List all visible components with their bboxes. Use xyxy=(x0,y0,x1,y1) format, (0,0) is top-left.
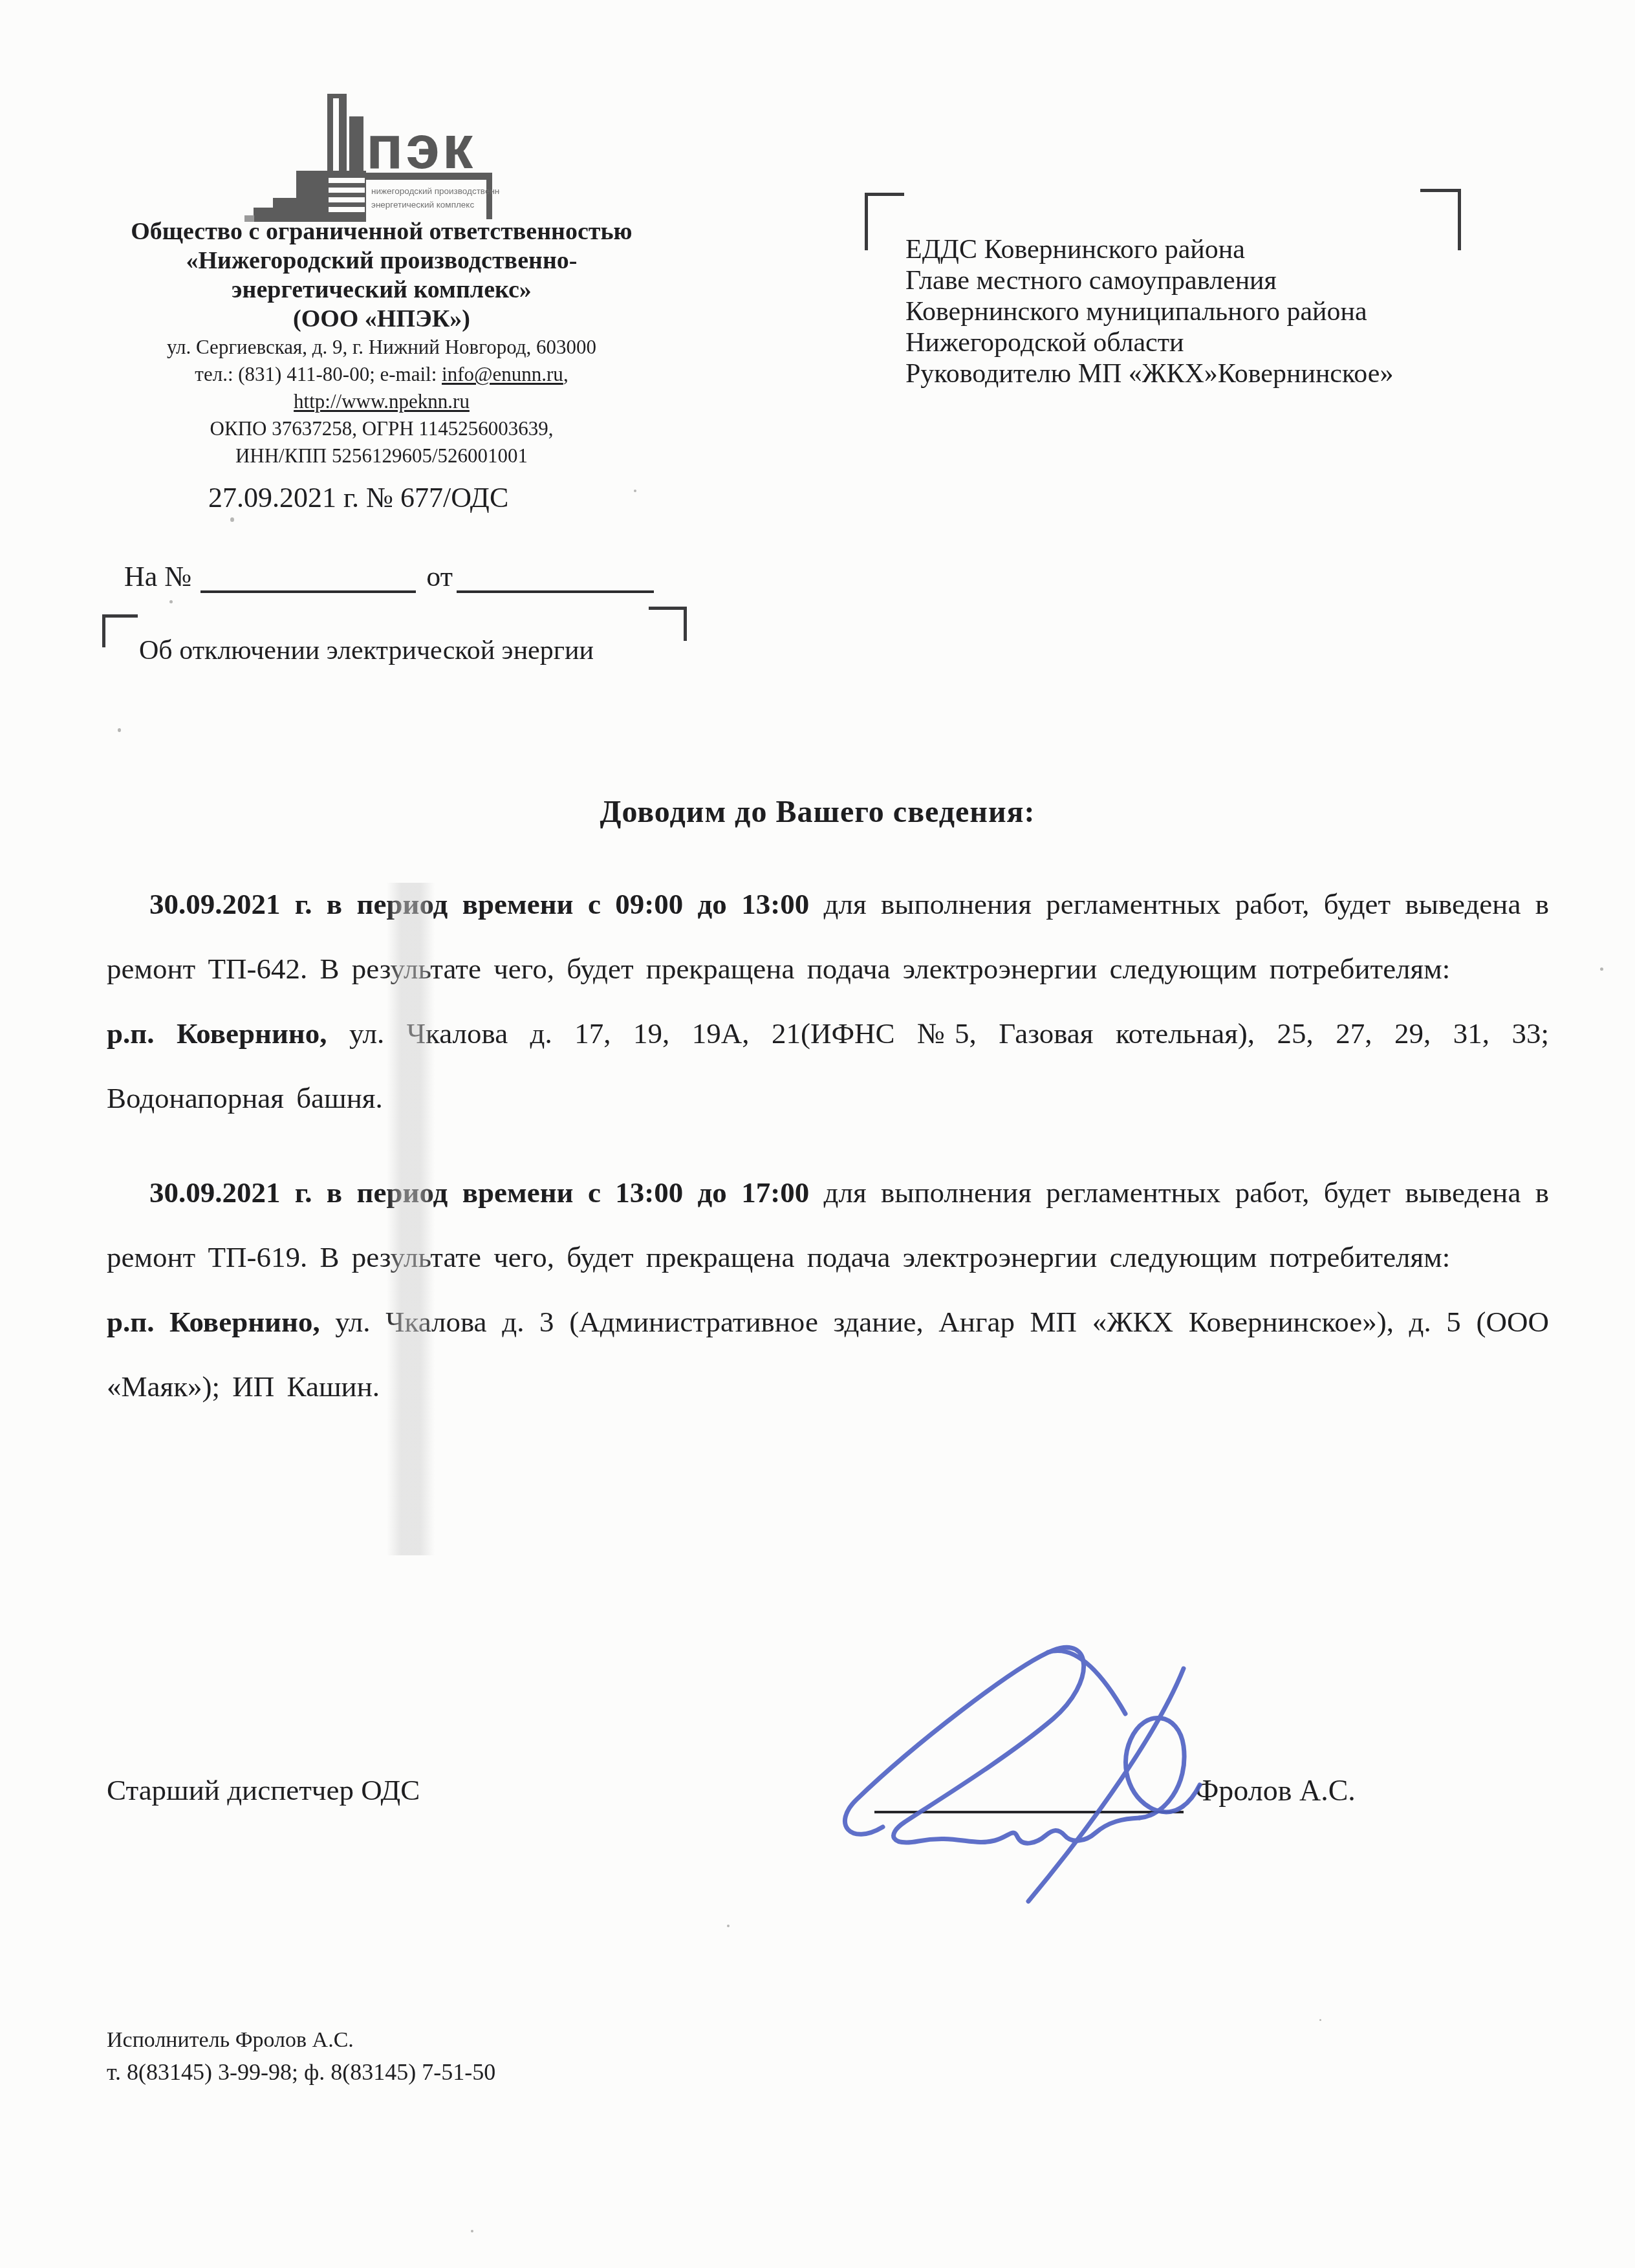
scan-speck xyxy=(1319,2019,1321,2021)
scan-speck xyxy=(727,1925,730,1927)
npek-logo: пэк нижегородский производственно- энерг… xyxy=(244,91,500,226)
signer-position: Старший диспетчер ОДС xyxy=(107,1773,420,1807)
paragraph-lead: 30.09.2021 г. в период времени с 13:00 д… xyxy=(149,1176,809,1209)
reply-date-blank xyxy=(457,562,654,593)
recipient-line: Нижегородской области xyxy=(905,327,1513,358)
reply-number-blank xyxy=(200,562,416,593)
reply-reference-line: На № от xyxy=(124,560,654,593)
org-name-2: энергетический комплекс» xyxy=(91,275,673,305)
paragraph-consumers-1: р.п. Ковернино, ул. Чкалова д. 17, 19, 1… xyxy=(107,1001,1549,1130)
handwritten-signature xyxy=(821,1630,1235,1914)
paragraph-lead: 30.09.2021 г. в период времени с 09:00 д… xyxy=(149,888,809,920)
paragraph-rest: ул. Чкалова д. 3 (Административное здани… xyxy=(107,1306,1549,1403)
org-contacts: тел.: (831) 411-80-00; e-mail: info@enun… xyxy=(91,361,673,388)
body-text: 30.09.2021 г. в период времени с 09:00 д… xyxy=(107,872,1549,1419)
scan-speck xyxy=(634,490,636,492)
recipient-line: Руководителю МП «ЖКХ»Ковернинское» xyxy=(905,358,1513,389)
reply-prefix: На № xyxy=(124,560,191,593)
subject-line: Об отключении электрической энергии xyxy=(139,635,594,666)
outgoing-number-line: 27.09.2021 г. № 677/ОДС xyxy=(208,481,508,514)
logo-acronym: пэк xyxy=(366,113,475,182)
org-short-name: (ООО «НПЭК») xyxy=(91,305,673,334)
paragraph-outage-2: 30.09.2021 г. в период времени с 13:00 д… xyxy=(107,1160,1549,1290)
corner-mark-subject-right xyxy=(649,607,687,641)
logo-tagline-1: нижегородский производственно- xyxy=(371,186,500,196)
recipient-line: Ковернинского муниципального района xyxy=(905,296,1513,327)
org-address: ул. Сергиевская, д. 9, г. Нижний Новгоро… xyxy=(91,334,673,361)
executor-line: Исполнитель Фролов А.С. xyxy=(107,2025,495,2055)
executor-phones: т. 8(83145) 3-99-98; ф. 8(83145) 7-51-50 xyxy=(107,2055,495,2089)
org-okpo-ogrn: ОКПО 37637258, ОГРН 1145256003639, xyxy=(91,415,673,442)
logo-window-stripe xyxy=(329,178,365,183)
org-phone: тел.: (831) 411-80-00; e-mail: xyxy=(195,363,442,385)
corner-mark-subject-left xyxy=(102,614,138,647)
logo-window-stripe xyxy=(329,207,365,212)
org-contacts-comma: , xyxy=(563,363,568,385)
scan-speck xyxy=(169,600,173,603)
org-name-1: «Нижегородский производственно- xyxy=(91,246,673,275)
logo-window-stripe xyxy=(329,188,365,193)
recipient-line: Главе местного самоуправления xyxy=(905,265,1513,296)
recipient-block: ЕДДС Ковернинского района Главе местного… xyxy=(905,234,1513,389)
org-email: info@enunn.ru xyxy=(442,363,563,385)
scan-speck xyxy=(118,728,121,732)
org-inn-kpp: ИНН/КПП 5256129605/526001001 xyxy=(91,442,673,470)
scan-speck xyxy=(471,2230,473,2232)
paragraph-lead: р.п. Ковернино, xyxy=(107,1017,327,1050)
paragraph-lead: р.п. Ковернино, xyxy=(107,1306,320,1338)
paragraph-consumers-2: р.п. Ковернино, ул. Чкалова д. 3 (Админи… xyxy=(107,1290,1549,1419)
footer-block: Исполнитель Фролов А.С. т. 8(83145) 3-99… xyxy=(107,2025,495,2089)
logo-tagline-2: энергетический комплекс xyxy=(371,200,474,210)
logo-right-cap xyxy=(486,173,492,219)
paragraph-outage-1: 30.09.2021 г. в период времени с 09:00 д… xyxy=(107,872,1549,1001)
corner-mark-recipient-left xyxy=(865,193,904,250)
letterhead: Общество с ограниченной ответственностью… xyxy=(91,217,673,470)
org-website: http://www.npeknn.ru xyxy=(91,388,673,415)
reply-infix: от xyxy=(426,560,453,593)
scan-speck xyxy=(230,517,234,522)
org-type: Общество с ограниченной ответственностью xyxy=(91,217,673,246)
scan-speck xyxy=(1600,967,1603,971)
corner-mark-recipient-right xyxy=(1420,189,1461,250)
logo-window-stripe xyxy=(329,197,365,202)
scanned-letter-page: пэк нижегородский производственно- энерг… xyxy=(0,0,1635,2268)
body-heading: Доводим до Вашего сведения: xyxy=(0,794,1635,830)
